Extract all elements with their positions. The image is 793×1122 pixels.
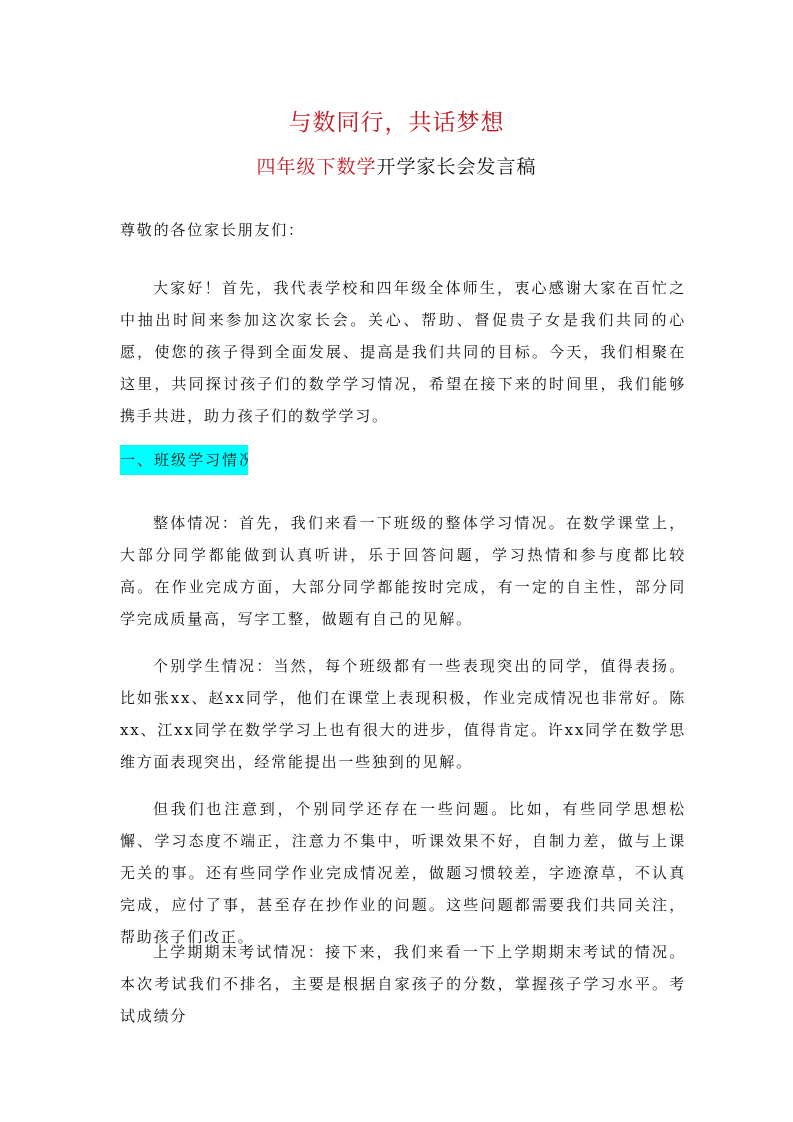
document-title: 与数同行，共话梦想 (0, 107, 793, 139)
salutation: 尊敬的各位家长朋友们： (120, 214, 686, 246)
paragraph-overall-situation: 整体情况：首先，我们来看一下班级的整体学习情况。在数学课堂上，大部分同学都能做到… (120, 507, 686, 635)
paragraph-problems: 但我们也注意到，个别同学还存在一些问题。比如，有些同学思想松懈、学习态度不端正，… (120, 793, 686, 953)
intro-paragraph: 大家好！首先，我代表学校和四年级全体师生，衷心感谢大家在百忙之中抽出时间来参加这… (120, 272, 686, 432)
paragraph-individual-students: 个别学生情况：当然，每个班级都有一些表现突出的同学，值得表扬。比如张xx、赵xx… (120, 650, 686, 778)
paragraph-final-exam: 上学期期末考试情况：接下来，我们来看一下上学期期末考试的情况。本次考试我们不排名… (120, 936, 686, 1032)
section-heading-class-learning: 一、班级学习情况 (120, 445, 248, 475)
subtitle-rest: 开学家长会发言稿 (377, 156, 537, 178)
subtitle-highlighted: 四年级下数学 (256, 156, 376, 178)
document-page: 与数同行，共话梦想 四年级下数学开学家长会发言稿 尊敬的各位家长朋友们： 大家好… (0, 0, 793, 1122)
document-subtitle: 四年级下数学开学家长会发言稿 (0, 152, 793, 182)
